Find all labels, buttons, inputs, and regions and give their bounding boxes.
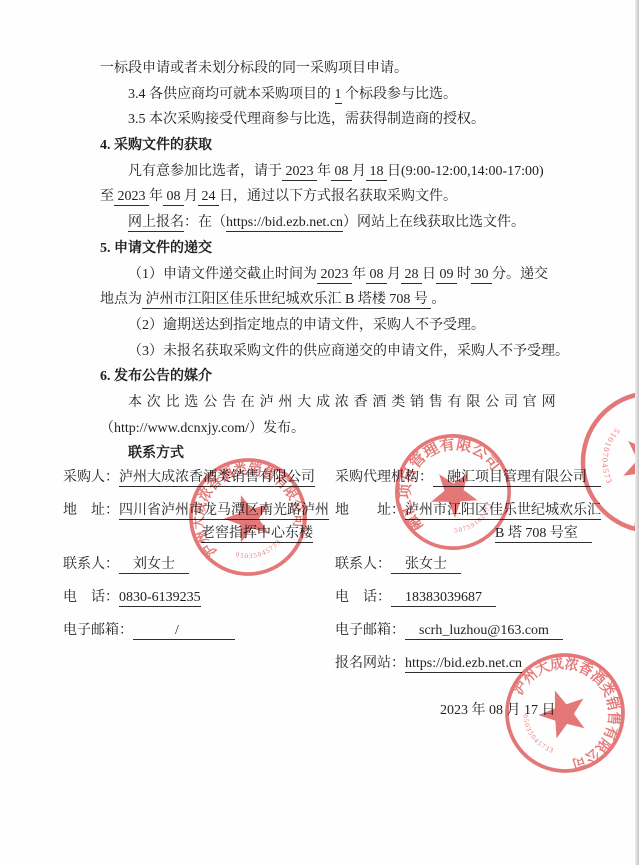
contact-value: 刘女士: [119, 553, 189, 577]
doc-text: 3.5 本次采购接受代理商参与比选，需获得制造商的授权。: [128, 112, 485, 127]
filled-blank: 28: [401, 267, 422, 284]
contact-row: 联系人： 张女士: [335, 553, 623, 577]
contact-row: 电 话： 18383039687: [335, 586, 623, 610]
section-heading: 4. 采购文件的获取: [100, 133, 562, 159]
doc-text: 本次比选公告在泸州大成浓香酒类销售有限公司官网: [128, 395, 560, 410]
contact-value-text: 18383039687: [391, 590, 496, 607]
contact-value-text: scrh_luzhou@163.com: [405, 623, 563, 640]
contact-value-text: 泸州大成浓香酒类销售有限公司: [119, 470, 315, 487]
doc-text: 。: [431, 292, 445, 307]
contact-label: 电 话：: [335, 586, 391, 610]
doc-text: （3）未报名获取采购文件的供应商递交的申请文件，采购人不予受理。: [128, 344, 569, 359]
doc-text: 4. 采购文件的获取: [100, 138, 212, 153]
filled-blank: 1: [335, 87, 342, 104]
issue-date: 2023 年 08 月 17 日: [440, 699, 556, 719]
contact-label: 电子邮箱：: [335, 619, 405, 643]
contact-value: 四川省泸州市龙马潭区南光路泸州老窖指挥中心东楼: [119, 499, 329, 544]
filled-blank: 2023: [317, 267, 352, 284]
doc-line: 3.4 各供应商均可就本采购项目的 1 个标段参与比选。: [100, 82, 562, 108]
doc-text: ）网站上在线获取比选文件。: [343, 215, 525, 230]
contact-value-text: https://bid.ezb.net.cn: [405, 656, 522, 673]
contact-label: 采购代理机构：: [335, 466, 433, 490]
contact-value-text: 泸州市江阳区佳乐世纪城欢乐汇: [405, 503, 601, 520]
doc-text: 3.4 各供应商均可就本采购项目的: [128, 87, 335, 102]
contact-value: 张女士: [391, 553, 461, 577]
filled-blank: 2023: [114, 189, 149, 206]
section-heading: 6. 发布公告的媒介: [100, 364, 562, 390]
contact-label: 地 址：: [63, 499, 119, 523]
filled-blank: 18: [366, 164, 387, 181]
contact-value: 0830-6139235: [119, 586, 201, 610]
contact-value-text: 老窖指挥中心东楼: [201, 526, 313, 543]
filled-blank: 24: [198, 189, 219, 206]
doc-text: 时: [457, 267, 471, 282]
doc-line: 凡有意参加比选者，请于 2023 年 08 月 18 日(9:00-12:00,…: [100, 159, 562, 185]
agency-contact-column: 采购代理机构： 融汇项目管理有限公司 地 址：泸州市江阳区佳乐世纪城欢乐汇B 塔…: [335, 466, 623, 685]
filled-blank: 30: [471, 267, 492, 284]
filled-blank: 2023: [282, 164, 317, 181]
section-heading: 5. 申请文件的递交: [100, 236, 562, 262]
doc-text: 年: [149, 189, 163, 204]
contact-row: 地 址：四川省泸州市龙马潭区南光路泸州老窖指挥中心东楼: [63, 499, 335, 544]
contact-value: scrh_luzhou@163.com: [405, 619, 563, 643]
contact-row: 电 话：0830-6139235: [63, 586, 335, 610]
contact-value: 泸州大成浓香酒类销售有限公司: [119, 466, 315, 490]
contact-value: https://bid.ezb.net.cn: [405, 652, 522, 676]
scan-edge-shadow: [635, 0, 639, 865]
doc-line: 网上报名：在（https://bid.ezb.net.cn）网站上在线获取比选文…: [100, 210, 562, 236]
contact-value: 18383039687: [391, 586, 496, 610]
filled-blank: 泸州市江阳区佳乐世纪城欢乐汇 B 塔楼 708 号: [142, 292, 431, 309]
filled-blank: 08: [163, 189, 184, 206]
filled-blank: 09: [436, 267, 457, 284]
scanned-document-page: 一标段申请或者未划分标段的同一采购项目申请。3.4 各供应商均可就本采购项目的 …: [0, 0, 639, 865]
doc-text: 日，通过以下方式报名获取采购文件。: [219, 189, 457, 204]
doc-line: 本次比选公告在泸州大成浓香酒类销售有限公司官网: [100, 390, 562, 416]
contact-label: 联系人：: [335, 553, 391, 577]
doc-line: 地点为 泸州市江阳区佳乐世纪城欢乐汇 B 塔楼 708 号 。: [100, 287, 562, 313]
section-heading: 联系方式: [100, 441, 562, 467]
contact-label: 电子邮箱：: [63, 619, 133, 643]
doc-text: 5. 申请文件的递交: [100, 241, 212, 256]
filled-blank: https://bid.ezb.net.cn: [226, 215, 343, 232]
doc-line: （http://www.dcnxjy.com/）发布。: [100, 416, 562, 442]
contact-value: 融汇项目管理有限公司: [433, 466, 601, 490]
document-body: 一标段申请或者未划分标段的同一采购项目申请。3.4 各供应商均可就本采购项目的 …: [100, 56, 562, 467]
doc-text: （2）逾期送达到指定地点的申请文件，采购人不予受理。: [128, 318, 485, 333]
doc-text: 月: [352, 164, 366, 179]
contact-value: 泸州市江阳区佳乐世纪城欢乐汇B 塔 708 号室: [405, 499, 601, 544]
doc-text: 地点为: [100, 292, 142, 307]
contact-label: 报名网站：: [335, 652, 405, 676]
doc-text: 6. 发布公告的媒介: [100, 369, 212, 384]
doc-text: 月: [387, 267, 401, 282]
doc-text: 月: [184, 189, 198, 204]
doc-line: （2）逾期送达到指定地点的申请文件，采购人不予受理。: [100, 313, 562, 339]
doc-text: 年: [317, 164, 331, 179]
doc-text: 联系方式: [128, 446, 184, 461]
contact-value-text: /: [133, 623, 235, 640]
doc-line: （3）未报名获取采购文件的供应商递交的申请文件，采购人不予受理。: [100, 339, 562, 365]
contact-row: 地 址：泸州市江阳区佳乐世纪城欢乐汇B 塔 708 号室: [335, 499, 623, 544]
doc-text: 一标段申请或者未划分标段的同一采购项目申请。: [100, 61, 408, 76]
contact-value: /: [133, 619, 235, 643]
contact-value-text: 0830-6139235: [119, 590, 201, 607]
contacts-section: 采购人：泸州大成浓香酒类销售有限公司地 址：四川省泸州市龙马潭区南光路泸州老窖指…: [63, 466, 623, 685]
doc-text: ：在（: [184, 215, 226, 230]
doc-text: 凡有意参加比选者，请于: [128, 164, 282, 179]
contact-label: 电 话：: [63, 586, 119, 610]
contact-row: 采购人：泸州大成浓香酒类销售有限公司: [63, 466, 335, 490]
filled-blank: 08: [366, 267, 387, 284]
contact-value-text: B 塔 708 号室: [495, 526, 592, 543]
contact-value-text: 四川省泸州市龙马潭区南光路泸州: [119, 503, 329, 520]
doc-text: 个标段参与比选。: [342, 87, 458, 102]
contact-label: 采购人：: [63, 466, 119, 490]
contact-row: 电子邮箱： scrh_luzhou@163.com: [335, 619, 623, 643]
doc-line: （1）申请文件递交截止时间为 2023 年 08 月 28 日 09 时 30 …: [100, 262, 562, 288]
doc-text: 分。递交: [492, 267, 548, 282]
filled-blank: 网上报名: [128, 215, 184, 232]
doc-line: 一标段申请或者未划分标段的同一采购项目申请。: [100, 56, 562, 82]
contact-value-text: 张女士: [391, 557, 461, 574]
filled-blank: 08: [331, 164, 352, 181]
doc-text: 日(9:00-12:00,14:00-17:00): [387, 164, 544, 179]
contact-value-text: 融汇项目管理有限公司: [433, 470, 601, 487]
contact-value-line2: B 塔 708 号室: [495, 523, 601, 544]
contact-row: 报名网站：https://bid.ezb.net.cn: [335, 652, 623, 676]
contact-value-text: 刘女士: [119, 557, 189, 574]
doc-text: 日: [422, 267, 436, 282]
doc-line: 至 2023 年 08 月 24 日，通过以下方式报名获取采购文件。: [100, 184, 562, 210]
doc-text: 至: [100, 189, 114, 204]
doc-text: （1）申请文件递交截止时间为: [128, 267, 317, 282]
contact-row: 采购代理机构： 融汇项目管理有限公司: [335, 466, 623, 490]
buyer-contact-column: 采购人：泸州大成浓香酒类销售有限公司地 址：四川省泸州市龙马潭区南光路泸州老窖指…: [63, 466, 335, 685]
contact-label: 联系人：: [63, 553, 119, 577]
doc-text: 年: [352, 267, 366, 282]
contact-label: 地 址：: [335, 499, 405, 523]
contact-row: 联系人： 刘女士: [63, 553, 335, 577]
contact-value-line2: 老窖指挥中心东楼: [201, 523, 329, 544]
contact-row: 电子邮箱： /: [63, 619, 335, 643]
doc-line: 3.5 本次采购接受代理商参与比选，需获得制造商的授权。: [100, 107, 562, 133]
doc-text: （http://www.dcnxjy.com/）发布。: [100, 421, 305, 436]
